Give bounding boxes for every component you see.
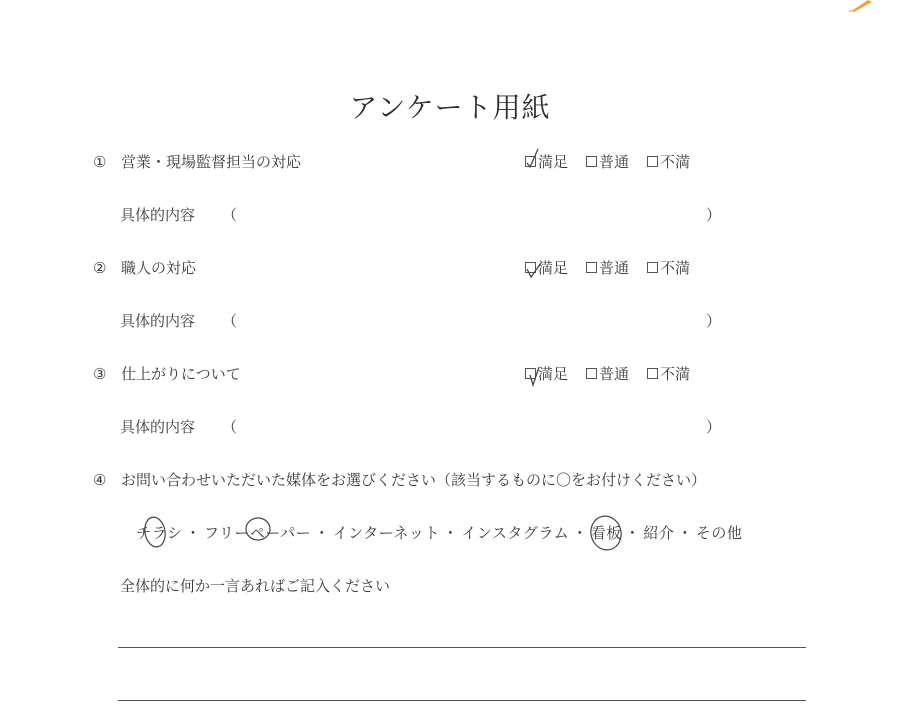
detail-paren-close: ）: [706, 204, 721, 225]
checkbox-checked[interactable]: [525, 156, 536, 167]
media-option-label: チラシ: [136, 524, 183, 542]
media-option-free-paper[interactable]: フリーペーパー: [204, 522, 311, 543]
checkbox-checked[interactable]: [525, 368, 536, 379]
detail-paren-open: （: [222, 416, 237, 437]
pencil-icon: [846, 0, 872, 12]
q3-option-satisfied[interactable]: 満足: [525, 363, 568, 384]
question-1-text: 営業・現場監督担当の対応: [121, 153, 301, 171]
media-option-label: 紹介: [643, 524, 674, 542]
checkbox-unchecked[interactable]: [586, 156, 597, 167]
q3-option-dissatisfied[interactable]: 不満: [647, 363, 690, 384]
detail-paren-open: （: [222, 310, 237, 331]
question-2-text: 職人の対応: [121, 259, 196, 277]
q2-option-neutral[interactable]: 普通: [586, 257, 629, 278]
comment-line-2[interactable]: [118, 700, 806, 701]
question-4-number: ④: [93, 471, 121, 489]
question-2-detail-label: 具体的内容: [120, 310, 195, 331]
question-3: ③仕上がりについて: [93, 363, 241, 384]
q2-option-satisfied[interactable]: 満足: [525, 257, 568, 278]
media-option-instagram[interactable]: インスタグラム: [461, 522, 569, 543]
question-1-number: ①: [93, 153, 121, 171]
question-3-text: 仕上がりについて: [121, 365, 241, 383]
option-label: 不満: [660, 151, 690, 172]
detail-paren-close: ）: [706, 310, 721, 331]
media-option-label: インターネット: [333, 524, 440, 542]
media-option-label: その他: [696, 524, 743, 542]
option-label: 普通: [599, 363, 629, 384]
comment-label: 全体的に何か一言あればご記入ください: [120, 575, 390, 596]
question-3-detail-label: 具体的内容: [120, 416, 195, 437]
media-option-signboard[interactable]: 看板: [591, 522, 622, 543]
separator: ・: [186, 524, 202, 542]
detail-paren-close: ）: [706, 416, 721, 437]
media-option-label: 看板: [591, 524, 622, 542]
option-label: 満足: [538, 363, 568, 384]
option-label: 不満: [660, 363, 690, 384]
question-1: ①営業・現場監督担当の対応: [93, 151, 301, 172]
media-option-internet[interactable]: インターネット: [333, 522, 440, 543]
media-option-other[interactable]: その他: [696, 522, 743, 543]
checkbox-unchecked[interactable]: [647, 262, 658, 273]
question-2-number: ②: [93, 259, 121, 277]
checkbox-unchecked[interactable]: [586, 262, 597, 273]
media-option-referral[interactable]: 紹介: [643, 522, 674, 543]
question-3-rating: 満足 普通 不満: [525, 363, 708, 384]
option-label: 満足: [538, 257, 568, 278]
option-label: 普通: [599, 151, 629, 172]
q1-option-neutral[interactable]: 普通: [586, 151, 629, 172]
media-option-flyer[interactable]: チラシ: [136, 522, 183, 543]
detail-paren-open: （: [222, 204, 237, 225]
option-label: 不満: [660, 257, 690, 278]
page-title: アンケート用紙: [0, 86, 900, 126]
separator: ・: [625, 524, 641, 542]
question-4: ④お問い合わせいただいた媒体をお選びください（該当するものに〇をお付けください）: [93, 469, 706, 490]
question-2-rating: 満足 普通 不満: [525, 257, 708, 278]
separator: ・: [572, 524, 588, 542]
q1-option-satisfied[interactable]: 満足: [525, 151, 568, 172]
comment-line-1[interactable]: [118, 647, 806, 648]
question-1-rating: 満足 普通 不満: [525, 151, 708, 172]
question-1-detail-label: 具体的内容: [120, 204, 195, 225]
question-4-text: お問い合わせいただいた媒体をお選びください（該当するものに〇をお付けください）: [121, 471, 706, 489]
question-3-number: ③: [93, 365, 121, 383]
checkbox-unchecked[interactable]: [586, 368, 597, 379]
checkbox-unchecked[interactable]: [647, 368, 658, 379]
q2-option-dissatisfied[interactable]: 不満: [647, 257, 690, 278]
question-1-detail-field[interactable]: [240, 200, 700, 224]
checkbox-checked[interactable]: [525, 262, 536, 273]
question-2-detail-field[interactable]: [240, 306, 700, 330]
checkbox-unchecked[interactable]: [647, 156, 658, 167]
option-label: 満足: [538, 151, 568, 172]
question-3-detail-field[interactable]: [240, 412, 700, 436]
media-options: チラシ ・ フリーペーパー ・ インターネット ・ インスタグラム ・ 看板 ・…: [136, 522, 742, 543]
question-2: ②職人の対応: [93, 257, 196, 278]
separator: ・: [443, 524, 459, 542]
q3-option-neutral[interactable]: 普通: [586, 363, 629, 384]
separator: ・: [314, 524, 330, 542]
media-option-label: フリーペーパー: [204, 524, 311, 542]
q1-option-dissatisfied[interactable]: 不満: [647, 151, 690, 172]
separator: ・: [677, 524, 693, 542]
media-option-label: インスタグラム: [461, 524, 569, 542]
option-label: 普通: [599, 257, 629, 278]
